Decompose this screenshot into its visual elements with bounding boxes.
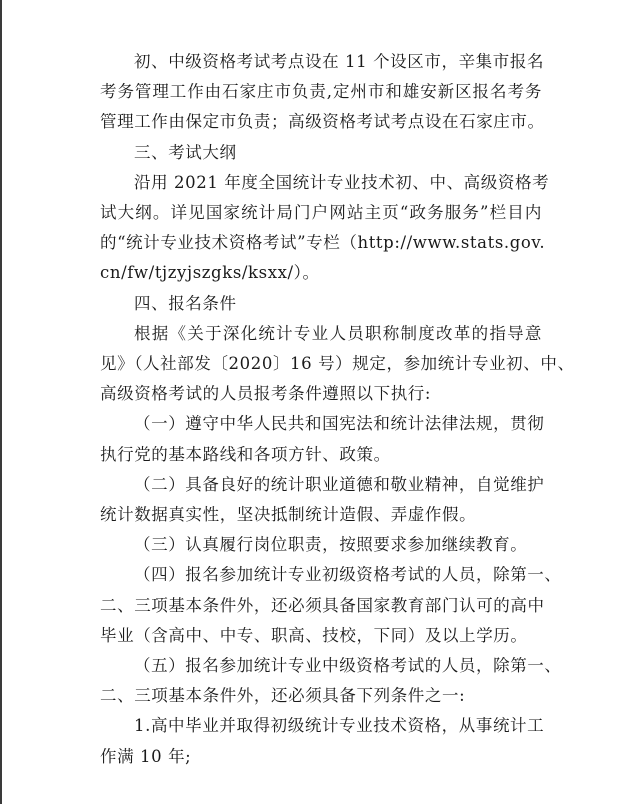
document-body: 初、中级资格考试考点设在 11 个设区市，辛集市报名 考务管理工作由石家庄市负责… (100, 47, 542, 772)
condition-item-4: （四）报名参加统计专业初级资格考试的人员，除第一、 二、三项基本条件外，还必须具… (100, 560, 542, 651)
text-line: （五）报名参加统计专业中级资格考试的人员，除第一、 (100, 651, 542, 681)
paragraph-exam-locations: 初、中级资格考试考点设在 11 个设区市，辛集市报名 考务管理工作由石家庄市负责… (100, 47, 542, 138)
condition-item-1: （一）遵守中华人民共和国宪法和统计法律法规，贯彻 执行党的基本路线和各项方针、政… (100, 409, 542, 469)
text-line: （二）具备良好的统计职业道德和敬业精神，自觉维护 (100, 470, 542, 500)
text-line: 1.高中毕业并取得初级统计专业技术资格，从事统计工 (100, 711, 542, 741)
section-heading-exam-syllabus: 三、考试大纲 (100, 138, 542, 168)
section-heading-registration-conditions: 四、报名条件 (100, 289, 542, 319)
text-line-url: cn/fw/tjzyjszgks/ksxx/）。 (100, 258, 542, 288)
document-page: 初、中级资格考试考点设在 11 个设区市，辛集市报名 考务管理工作由石家庄市负责… (0, 0, 636, 804)
text-line: 二、三项基本条件外，还必须具备国家教育部门认可的高中 (100, 591, 542, 621)
text-line: 二、三项基本条件外，还必须具备下列条件之一: (100, 681, 542, 711)
condition-item-3: （三）认真履行岗位职责，按照要求参加继续教育。 (100, 530, 542, 560)
sub-condition-item-1: 1.高中毕业并取得初级统计专业技术资格，从事统计工 作满 10 年; (100, 711, 542, 771)
text-line: 作满 10 年; (100, 742, 542, 772)
condition-item-5: （五）报名参加统计专业中级资格考试的人员，除第一、 二、三项基本条件外，还必须具… (100, 651, 542, 711)
text-line: 毕业（含高中、中专、职高、技校，下同）及以上学历。 (100, 621, 542, 651)
text-line: 考务管理工作由石家庄市负责,定州市和雄安新区报名考务 (100, 77, 542, 107)
text-line: （一）遵守中华人民共和国宪法和统计法律法规，贯彻 (100, 409, 542, 439)
text-line: （三）认真履行岗位职责，按照要求参加继续教育。 (100, 530, 542, 560)
text-line: 统计数据真实性，坚决抵制统计造假、弄虚作假。 (100, 500, 542, 530)
text-line: 沿用 2021 年度全国统计专业技术初、中、高级资格考 (100, 168, 542, 198)
text-line: 根据《关于深化统计专业人员职称制度改革的指导意 (100, 319, 542, 349)
text-line: 执行党的基本路线和各项方针、政策。 (100, 440, 542, 470)
text-line: （四）报名参加统计专业初级资格考试的人员，除第一、 (100, 560, 542, 590)
text-line: 高级资格考试的人员报考条件遵照以下执行: (100, 379, 542, 409)
text-line: 的“统计专业技术资格考试”专栏（http://www.stats.gov. (100, 228, 542, 258)
paragraph-syllabus: 沿用 2021 年度全国统计专业技术初、中、高级资格考 试大纲。详见国家统计局门… (100, 168, 542, 289)
paragraph-basis: 根据《关于深化统计专业人员职称制度改革的指导意 见》（人社部发〔2020〕16 … (100, 319, 542, 410)
condition-item-2: （二）具备良好的统计职业道德和敬业精神，自觉维护 统计数据真实性，坚决抵制统计造… (100, 470, 542, 530)
text-line: 试大纲。详见国家统计局门户网站主页“政务服务”栏目内 (100, 198, 542, 228)
text-line: 初、中级资格考试考点设在 11 个设区市，辛集市报名 (100, 47, 542, 77)
text-line: 管理工作由保定市负责；高级资格考试考点设在石家庄市。 (100, 107, 542, 137)
text-line: 见》（人社部发〔2020〕16 号）规定，参加统计专业初、中、 (100, 349, 542, 379)
